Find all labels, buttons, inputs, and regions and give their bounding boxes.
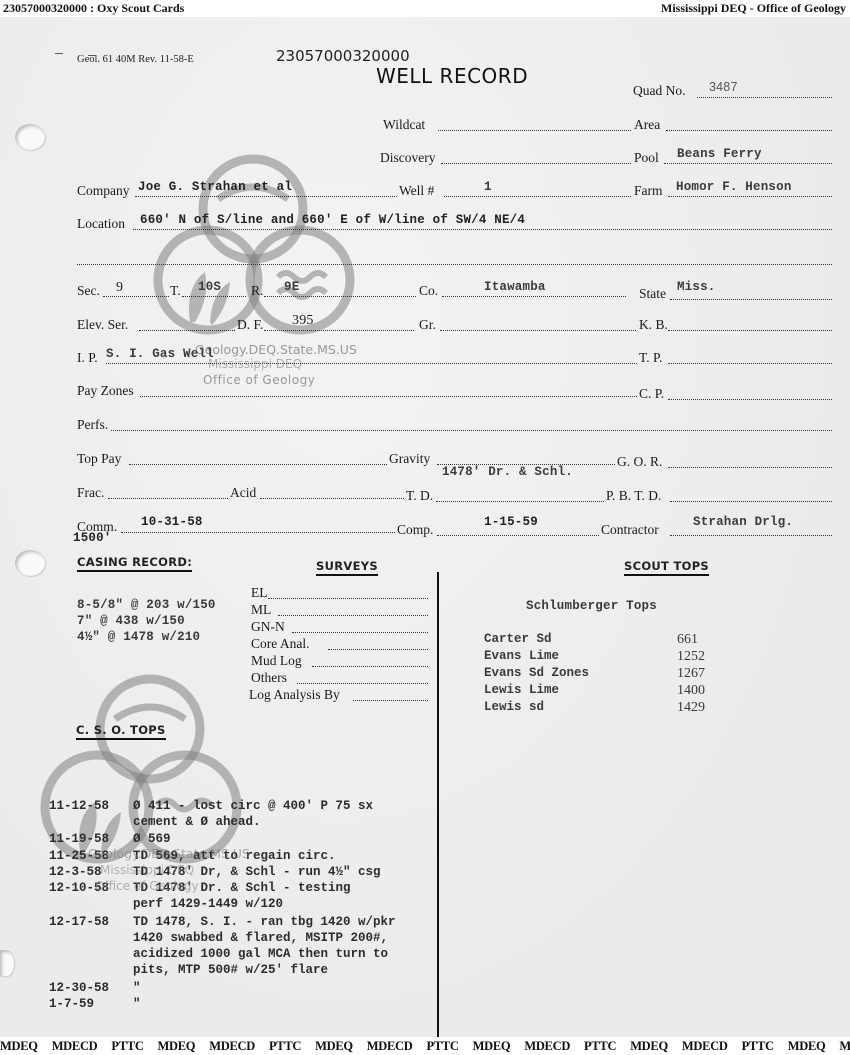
cso-date: 11-12-58 bbox=[49, 799, 109, 813]
cso-note: perf 1429-1449 w/120 bbox=[133, 897, 283, 911]
farm-line bbox=[668, 196, 832, 197]
top-pay-line bbox=[129, 464, 387, 465]
elev-ser-label: Elev. Ser. bbox=[77, 317, 128, 333]
cso-date: 11-19-58 bbox=[49, 832, 109, 846]
survey-line bbox=[268, 598, 428, 599]
survey-item-el: EL bbox=[251, 585, 268, 601]
wildcat-label: Wildcat bbox=[383, 117, 425, 133]
watermark-url: Geology.DEQ.State.MS.US bbox=[88, 846, 250, 861]
county-value: Itawamba bbox=[484, 280, 546, 294]
area-line bbox=[666, 130, 832, 131]
pool-label: Pool bbox=[634, 150, 659, 166]
section-divider bbox=[437, 572, 439, 1050]
cso-date: 1-7-59 bbox=[49, 997, 94, 1011]
gor-label: G. O. R. bbox=[617, 454, 662, 470]
cso-note: 1420 swabbed & flared, MSITP 200#, bbox=[133, 931, 388, 945]
footer-item: PTTC bbox=[584, 1037, 616, 1055]
sec-value: 9 bbox=[116, 280, 123, 296]
well-no-label: Well # bbox=[399, 183, 434, 199]
footer-item: MDECD bbox=[839, 1037, 850, 1055]
survey-item-core-anal: Core Anal. bbox=[251, 636, 310, 652]
footer-item: MDEQ bbox=[315, 1037, 353, 1055]
pay-zones-line bbox=[140, 396, 637, 397]
cp-label: C. P. bbox=[639, 386, 664, 402]
discovery-label: Discovery bbox=[380, 150, 435, 166]
state-value: Miss. bbox=[677, 280, 716, 294]
survey-item-gn-n: GN-N bbox=[251, 619, 285, 635]
df-label: D. F. bbox=[237, 317, 263, 333]
footer-item: PTTC bbox=[111, 1037, 143, 1055]
scout-top-depth: 1429 bbox=[677, 700, 705, 716]
quad-no-line bbox=[697, 97, 832, 98]
scout-top-depth: 1400 bbox=[677, 683, 705, 699]
cso-note: " bbox=[133, 997, 141, 1011]
acid-line bbox=[260, 498, 404, 499]
footer-item: MDEQ bbox=[158, 1037, 196, 1055]
casing-record-heading: CASING RECORD: bbox=[77, 555, 192, 572]
company-value: Joe G. Strahan et al bbox=[138, 180, 292, 194]
cso-note: cement & Ø ahead. bbox=[133, 815, 261, 829]
footer-item: MDECD bbox=[52, 1037, 98, 1055]
top-pay-label: Top Pay bbox=[77, 451, 121, 467]
survey-item-ml: ML bbox=[251, 602, 271, 618]
cso-date: 12-30-58 bbox=[49, 981, 109, 995]
cso-note: pits, MTP 500# w/25' flare bbox=[133, 963, 328, 977]
footer-item: PTTC bbox=[742, 1037, 774, 1055]
state-label: State bbox=[639, 286, 666, 302]
scout-tops-subheading: Schlumberger Tops bbox=[526, 599, 657, 613]
footer-item: MDECD bbox=[367, 1037, 413, 1055]
sec-line bbox=[103, 296, 169, 297]
cso-date: 12-17-58 bbox=[49, 915, 109, 929]
well-no-line bbox=[444, 196, 631, 197]
footer-bar: MDEQMDECDPTTCMDEQMDECDPTTCMDEQMDECDPTTCM… bbox=[0, 1037, 850, 1055]
gravity-label: Gravity bbox=[389, 451, 430, 467]
survey-line bbox=[278, 615, 428, 616]
document-title: 23057000320000 : Oxy Scout Cards bbox=[3, 0, 184, 17]
pbtd-label: P. B. T. D. bbox=[606, 488, 661, 504]
pool-line bbox=[664, 163, 832, 164]
footer-item: PTTC bbox=[269, 1037, 301, 1055]
county-line bbox=[442, 296, 626, 297]
farm-value: Homor F. Henson bbox=[676, 180, 792, 194]
scout-top-name: Evans Lime bbox=[484, 649, 559, 663]
footer-item: MDECD bbox=[209, 1037, 255, 1055]
perfs-line bbox=[111, 430, 832, 431]
td-line bbox=[436, 501, 604, 502]
gor-line bbox=[668, 467, 832, 468]
header-bar: 23057000320000 : Oxy Scout Cards Mississ… bbox=[0, 0, 850, 17]
well-no-value: 1 bbox=[484, 180, 492, 194]
location-value: 660' N of S/line and 660' E of W/line of… bbox=[140, 213, 525, 227]
scout-top-name: Carter Sd bbox=[484, 632, 552, 646]
contractor-line bbox=[670, 535, 832, 536]
td-label: T. D. bbox=[406, 488, 433, 504]
gr-line bbox=[440, 330, 636, 331]
area-label: Area bbox=[634, 117, 660, 133]
state-line bbox=[670, 299, 832, 300]
survey-line bbox=[328, 649, 428, 650]
scout-top-name: Lewis Lime bbox=[484, 683, 559, 697]
footer-item: MDEQ bbox=[630, 1037, 668, 1055]
form-title: WELL RECORD bbox=[376, 64, 528, 88]
tp-label: T. P. bbox=[639, 350, 662, 366]
agency-title: Mississippi DEQ - Office of Geology bbox=[661, 0, 846, 17]
pbtd-line bbox=[670, 501, 832, 502]
survey-item-others: Others bbox=[251, 670, 287, 686]
gravity-value: 1478' Dr. & Schl. bbox=[442, 465, 573, 479]
contractor-label: Contractor bbox=[601, 522, 659, 538]
cp-line bbox=[668, 399, 832, 400]
kb-line bbox=[668, 330, 832, 331]
sec-label: Sec. bbox=[77, 283, 100, 299]
frac-label: Frac. bbox=[77, 485, 104, 501]
scan-mark bbox=[55, 53, 63, 54]
comm-extra-value: 1500' bbox=[73, 531, 112, 545]
comm-line bbox=[121, 532, 395, 533]
ip-label: I. P. bbox=[77, 350, 98, 366]
watermark-url: Geology.DEQ.State.MS.US bbox=[195, 342, 357, 357]
survey-line bbox=[297, 683, 428, 684]
cso-tops-heading: C. S. O. TOPS bbox=[76, 723, 166, 740]
watermark-agency: Mississippi DEQ bbox=[208, 357, 302, 371]
township-label: T. bbox=[170, 283, 181, 299]
wildcat-line bbox=[438, 130, 631, 131]
cso-note: Ø 411 - lost circ @ 400' P 75 sx bbox=[133, 799, 373, 813]
watermark-agency: Mississippi DEQ bbox=[100, 863, 194, 877]
punch-hole-top bbox=[15, 124, 45, 150]
survey-item-log-analysis: Log Analysis By bbox=[249, 687, 340, 703]
punch-hole-middle bbox=[15, 550, 45, 576]
discovery-line bbox=[441, 163, 631, 164]
cso-note: Ø 569 bbox=[133, 832, 171, 846]
comp-label: Comp. bbox=[397, 522, 433, 538]
scout-top-name: Lewis sd bbox=[484, 700, 544, 714]
footer-item: MDEQ bbox=[473, 1037, 511, 1055]
location-label: Location bbox=[77, 216, 125, 232]
range-line bbox=[264, 296, 416, 297]
pay-zones-label: Pay Zones bbox=[77, 383, 134, 399]
township-line bbox=[182, 296, 246, 297]
scout-top-depth: 1267 bbox=[677, 666, 705, 682]
township-value: 10S bbox=[198, 280, 221, 294]
survey-line bbox=[312, 666, 428, 667]
df-line bbox=[264, 330, 414, 331]
comp-line bbox=[437, 535, 599, 536]
footer-item: PTTC bbox=[427, 1037, 459, 1055]
scout-top-name: Evans Sd Zones bbox=[484, 666, 589, 680]
company-line bbox=[135, 196, 397, 197]
footer-item: MDEQ bbox=[0, 1037, 38, 1055]
watermark-office: Office of Geology bbox=[95, 879, 199, 893]
perfs-label: Perfs. bbox=[77, 417, 108, 433]
comm-value: 10-31-58 bbox=[141, 515, 203, 529]
survey-line bbox=[292, 632, 428, 633]
survey-item-mud-log: Mud Log bbox=[251, 653, 302, 669]
casing-row: 4½" @ 1478 w/210 bbox=[77, 630, 200, 644]
survey-line bbox=[353, 700, 428, 701]
gr-label: Gr. bbox=[419, 317, 436, 333]
farm-label: Farm bbox=[634, 183, 663, 199]
ip-value: S. I. Gas Well bbox=[106, 347, 214, 361]
county-label: Co. bbox=[419, 283, 438, 299]
scout-top-depth: 661 bbox=[677, 632, 698, 648]
pool-value: Beans Ferry bbox=[677, 147, 762, 161]
footer-item: MDEQ bbox=[788, 1037, 826, 1055]
form-number: Geol. 61 40M Rev. 11-58-E bbox=[77, 54, 194, 65]
tp-line bbox=[668, 363, 832, 364]
location-continuation-line bbox=[77, 264, 832, 265]
surveys-heading: SURVEYS bbox=[316, 559, 378, 576]
range-label: R. bbox=[251, 283, 263, 299]
casing-row: 8-5/8" @ 203 w/150 bbox=[77, 598, 216, 612]
ip-line bbox=[106, 363, 637, 364]
api-number: 23057000320000 bbox=[276, 47, 410, 65]
punch-hole-bottom bbox=[0, 950, 14, 976]
watermark-office: Office of Geology bbox=[203, 373, 315, 387]
casing-row: 7" @ 438 w/150 bbox=[77, 614, 185, 628]
cso-note: TD 1478, S. I. - ran tbg 1420 w/pkr bbox=[133, 915, 396, 929]
well-record-card: Geology.DEQ.State.MS.US Mississippi DEQ … bbox=[0, 17, 850, 1037]
frac-line bbox=[108, 498, 228, 499]
comp-value: 1-15-59 bbox=[484, 515, 538, 529]
range-value: 9E bbox=[284, 280, 299, 294]
cso-note: acidized 1000 gal MCA then turn to bbox=[133, 947, 388, 961]
quad-no-value: 3487 bbox=[709, 80, 738, 94]
df-value: 395 bbox=[292, 313, 314, 329]
acid-label: Acid bbox=[230, 485, 256, 501]
company-label: Company bbox=[77, 183, 130, 199]
location-line bbox=[133, 229, 832, 230]
cso-date: 12-3-58 bbox=[49, 865, 102, 879]
footer-item: MDECD bbox=[524, 1037, 570, 1055]
scout-top-depth: 1252 bbox=[677, 649, 705, 665]
contractor-value: Strahan Drlg. bbox=[693, 515, 793, 529]
scout-tops-heading: SCOUT TOPS bbox=[624, 559, 709, 576]
quad-no-label: Quad No. bbox=[633, 83, 686, 99]
cso-note: " bbox=[133, 981, 141, 995]
elev-ser-line bbox=[139, 330, 235, 331]
footer-item: MDECD bbox=[682, 1037, 728, 1055]
kb-label: K. B. bbox=[639, 317, 668, 333]
